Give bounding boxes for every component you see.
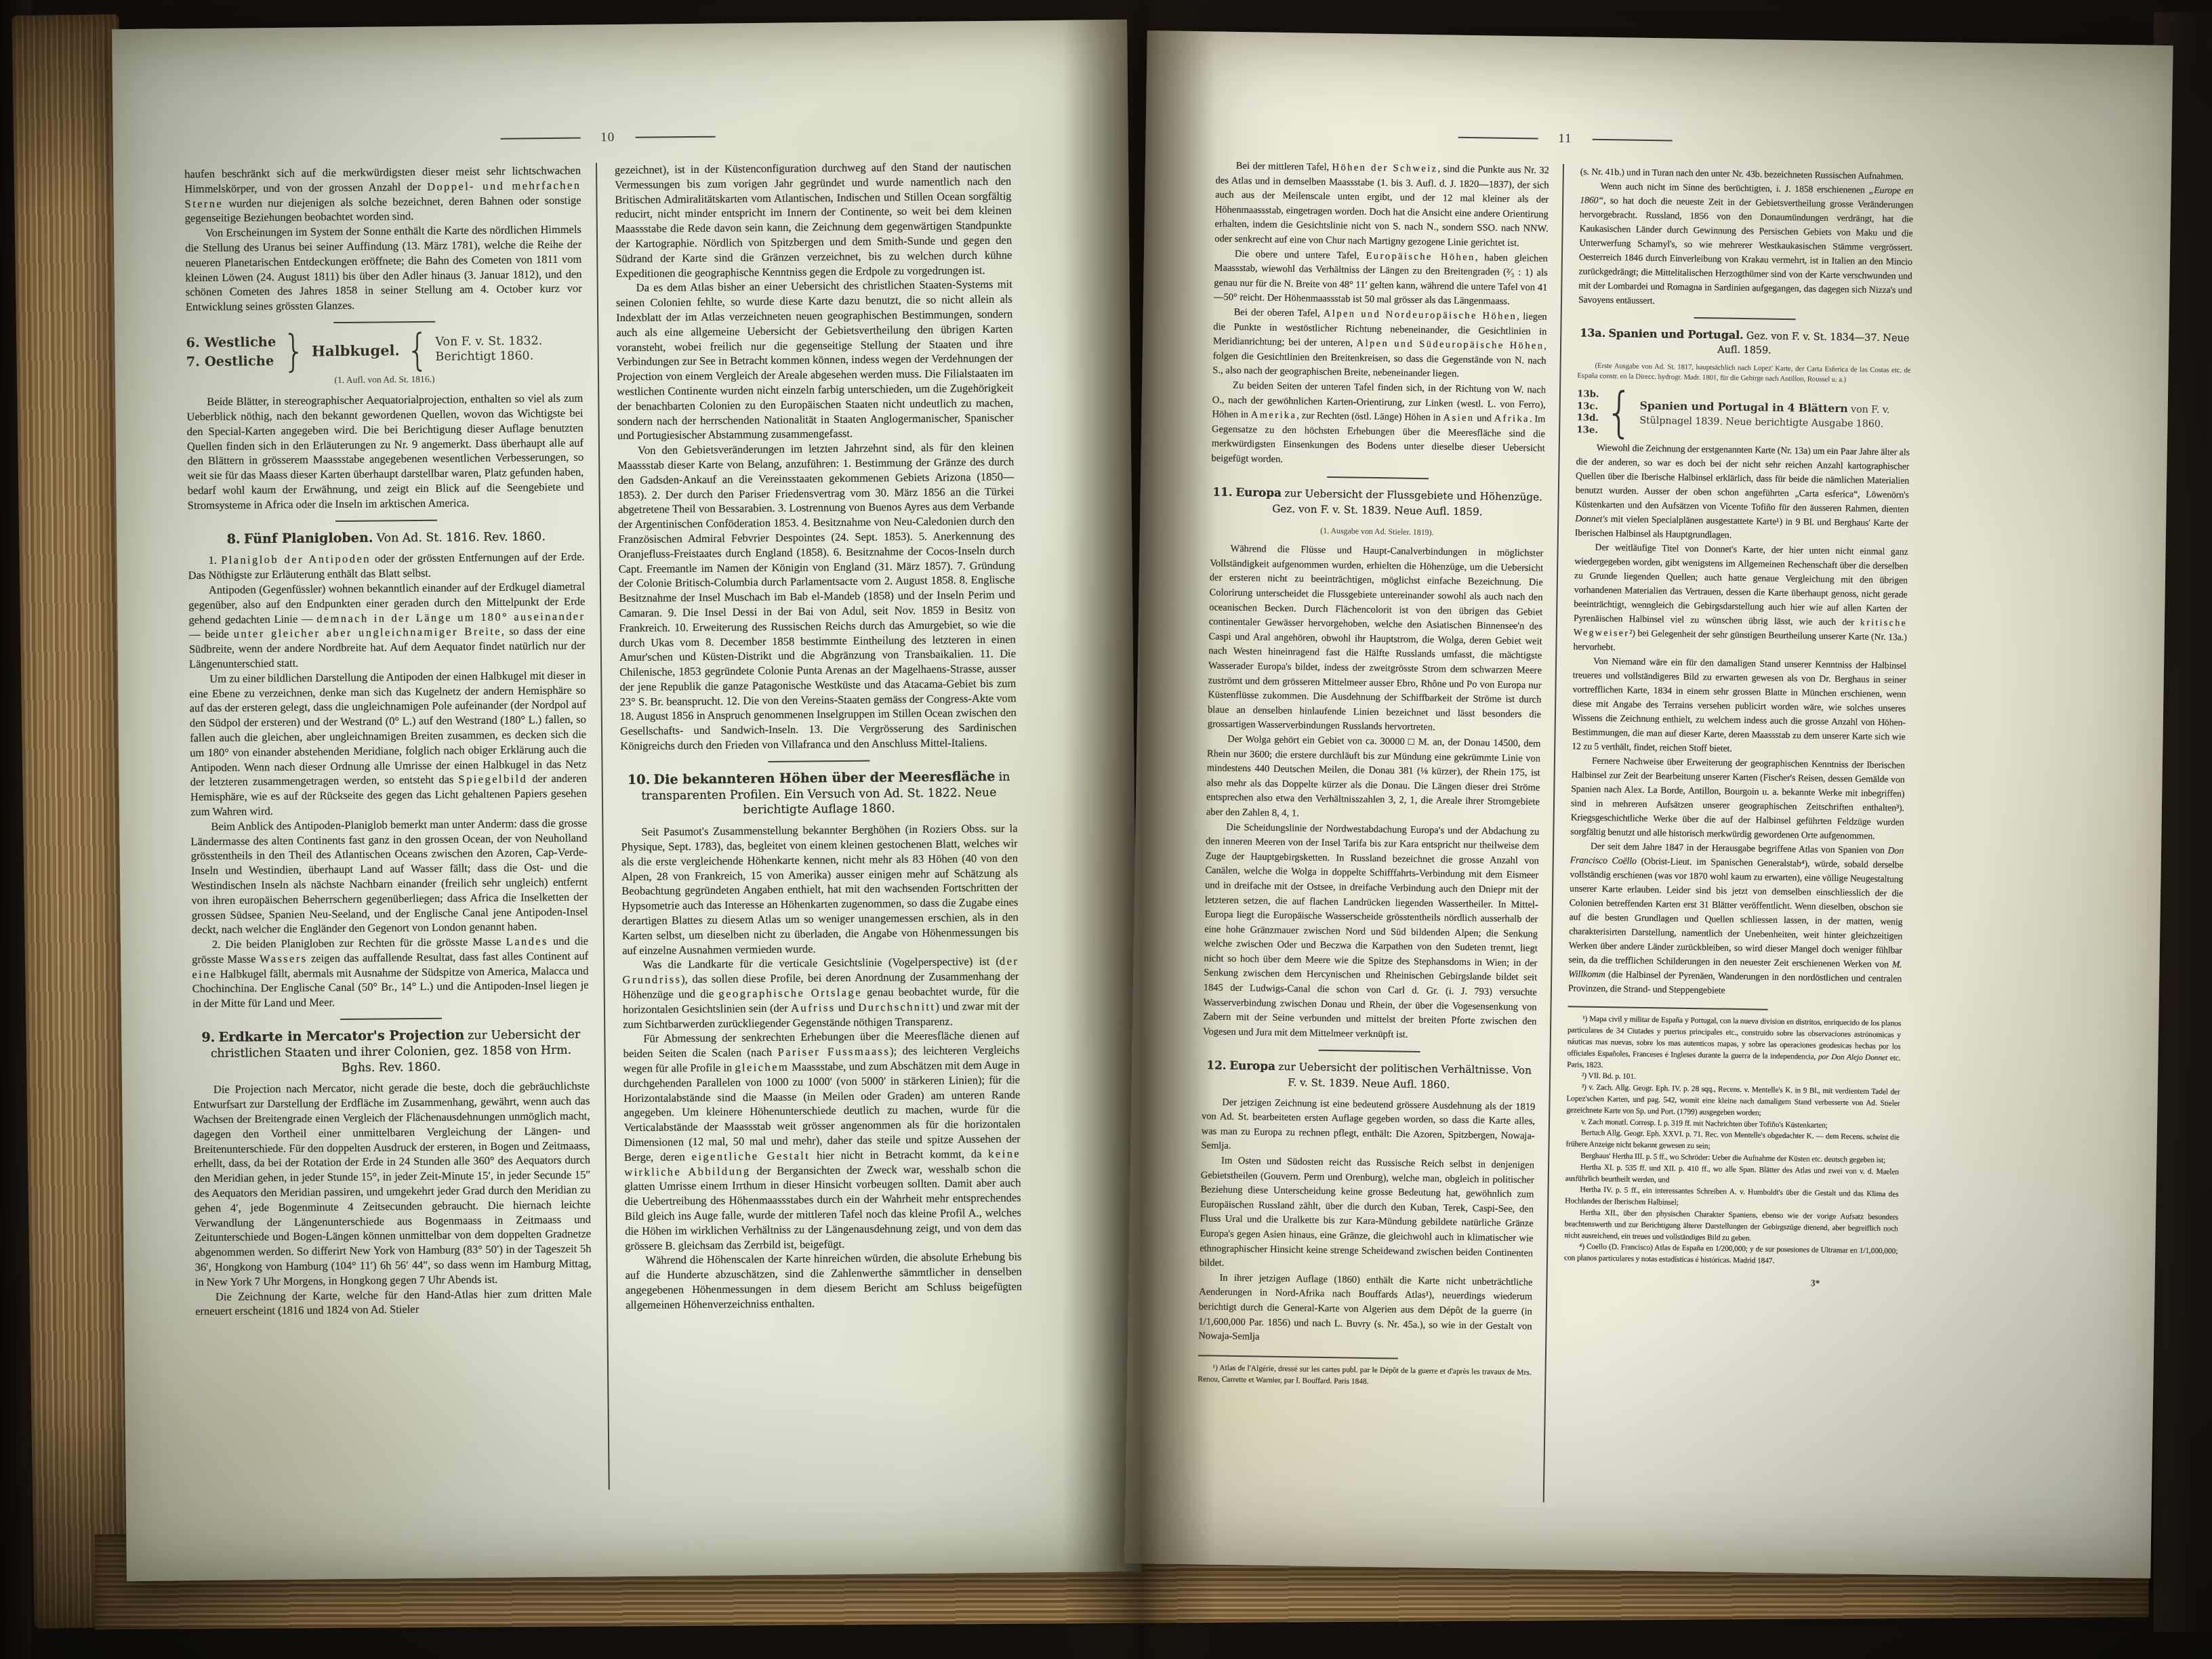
paragraph: Bei der oberen Tafel, Alpen und Nordeuro…	[1212, 305, 1547, 383]
page-number: 11	[1558, 131, 1572, 146]
entry-number: 13a.	[1580, 326, 1605, 340]
paragraph: Von Niemand wäre ein für den damaligen S…	[1572, 654, 1906, 758]
paragraph: Um zu einer bildlichen Darstellung die A…	[189, 668, 587, 819]
paragraph: 1. Planiglob der Antipoden oder der grös…	[188, 550, 584, 583]
paragraph: 2. Die beiden Planigloben zur Rechten fü…	[192, 934, 589, 1012]
entry-heading: 12. Europa zur Uebersicht der politische…	[1202, 1059, 1536, 1094]
paragraph: Während die Höhenscalen der Karte hinrei…	[625, 1250, 1022, 1313]
entry-subnote: (1. Aufl. von Ad. St. 1816.)	[186, 371, 583, 389]
entry-numbers: 6. Westliche7. Oestliche	[186, 333, 276, 372]
paragraph: Die Projection nach Mercator, nicht gera…	[193, 1079, 592, 1290]
header-dash	[1593, 139, 1673, 142]
entry-title: Erdkarte in Mercator's Projection	[219, 1027, 465, 1044]
footnote-rule	[1198, 1355, 1398, 1359]
paragraph: Von Erscheinungen im System der Sonne en…	[185, 222, 582, 314]
entry-imprint: zur Uebersicht der Flussgebiete und Höhe…	[1272, 487, 1542, 518]
left-page-header: 10	[184, 126, 1031, 149]
paragraph: Da es dem Atlas bisher an einer Uebersic…	[616, 277, 1014, 443]
left-page-column-1: haufen beschränkt sich auf die merkwürdi…	[184, 163, 610, 1494]
right-page: 11 Bei der mittleren Tafel, Höhen der Sc…	[1124, 30, 2173, 1578]
brace-glyph: }	[283, 330, 305, 373]
entry-imprint: Von Ad. St. 1816. Rev. 1860.	[377, 530, 546, 545]
brace-glyph: {	[407, 329, 429, 372]
paragraph: In ihrer jetzigen Auflage (1860) enthält…	[1198, 1271, 1533, 1349]
entry-number: 8.	[227, 531, 241, 546]
signature-mark: 3*	[1563, 1272, 1897, 1291]
entry-title: Europa	[1235, 485, 1282, 499]
header-dash	[635, 136, 715, 138]
right-page-columns: Bei der mittleren Tafel, Höhen der Schwe…	[1196, 159, 1914, 1507]
paragraph: Seit Pasumot's Zusammenstellung bekannte…	[621, 821, 1019, 958]
paragraph: Der weitläufige Titel von Donnet's Karte…	[1573, 540, 1908, 659]
entry-separator	[335, 519, 437, 521]
left-page-columns: haufen beschränkt sich auf die merkwürdi…	[184, 159, 1044, 1494]
footnote: ⁴) Coello (D. Francisco) Atlas de España…	[1564, 1242, 1898, 1269]
entry-imprint: Gez. von F. v. St. 1834—37. Neue Aufl. 1…	[1717, 331, 1909, 356]
paragraph: Für Abmessung der senkrechten Erhebungen…	[623, 1028, 1021, 1254]
book-photo: { "palette":{"backdrop":"#16120e","paper…	[0, 0, 2212, 1659]
entry-title: Europa	[1229, 1059, 1275, 1073]
right-page-column-1: Bei der mittleren Tafel, Höhen der Schwe…	[1196, 159, 1564, 1502]
header-dash	[1458, 137, 1538, 140]
paragraph: Im Osten und Südosten reicht das Russisc…	[1200, 1153, 1535, 1275]
entry-separator	[340, 1018, 442, 1020]
entry-separator	[1319, 1050, 1420, 1052]
footnote: Hertha XII., über den physischen Charakt…	[1564, 1207, 1898, 1246]
entry-number: 12.	[1206, 1059, 1227, 1072]
page-number: 10	[600, 130, 615, 145]
left-page-column-2: gezeichnet), ist in der Küstenconfigurat…	[597, 159, 1024, 1490]
entry-heading: 13a. Spanien und Portugal. Gez. von F. v…	[1578, 325, 1912, 360]
paragraph: Antipoden (Gegenfüssler) wohnen bekanntl…	[188, 579, 586, 672]
entry-number: 10.	[628, 772, 651, 787]
right-page-textblock: 11 Bei der mittleren Tafel, Höhen der Sc…	[1196, 126, 1914, 1507]
footnote-rule	[1568, 1006, 1768, 1010]
entry-separator	[333, 321, 435, 323]
paragraph: Bei der mittleren Tafel, Höhen der Schwe…	[1214, 159, 1549, 251]
paragraph: Während die Flüsse und Haupt-Canalverbin…	[1208, 542, 1544, 737]
entry-title: Fünf Planigloben.	[244, 529, 373, 546]
right-page-header: 11	[1216, 126, 1914, 151]
entry-heading-13b-e: 13b.13c.13d.13e.{Spanien und Portugal in…	[1576, 388, 1910, 441]
entry-separator	[1694, 317, 1796, 320]
entry-number: 9.	[201, 1029, 215, 1045]
paragraph: Die Zeichnung der Karte, welche für den …	[195, 1286, 592, 1319]
paragraph: gezeichnet), ist in der Küstenconfigurat…	[615, 159, 1012, 281]
entry-heading: 10. Die bekannteren Höhen über der Meere…	[621, 769, 1018, 819]
paragraph: Der Wolga gehört ein Gebiet von ca. 3000…	[1206, 732, 1541, 825]
entry-separator	[768, 760, 869, 762]
entry-heading: 8. Fünf Planigloben. Von Ad. St. 1816. R…	[188, 528, 584, 548]
footnote: ¹) Mapa civil y militar de España y Port…	[1567, 1014, 1901, 1076]
paragraph: Von den Gebietsveränderungen im letzten …	[617, 440, 1017, 754]
entry-separator	[1327, 476, 1429, 479]
entry-numbers: 13b.13c.13d.13e.	[1576, 388, 1599, 436]
paragraph: Wenn auch nicht im Sinne des berüchtigte…	[1578, 178, 1914, 311]
paragraph: Zu beiden Seiten der unteren Tafel finde…	[1211, 378, 1546, 471]
paragraph: Die Scheidungslinie der Nordwestabdachun…	[1203, 820, 1540, 1044]
entry-title: Die bekannteren Höhen über der Meeresflä…	[653, 769, 995, 787]
entry-title: Spanien und Portugal.	[1608, 327, 1743, 342]
entry-title: Halbkugel.	[312, 343, 400, 359]
paragraph: Wiewohl die Zeichnung der erstgenannten …	[1575, 441, 1910, 545]
paragraph: Der jetzigen Zeichnung ist eine bedeuten…	[1201, 1095, 1535, 1159]
paragraph: Fernere Nachweise über Erweiterung der g…	[1570, 754, 1905, 844]
left-page: 10 haufen beschränkt sich auf die merkwü…	[112, 20, 1142, 1581]
entry-heading: 9. Erdkarte in Mercator's Projection zur…	[192, 1027, 590, 1078]
entry-heading: 11. Europa zur Uebersicht der Flussgebie…	[1210, 485, 1544, 521]
header-dash	[500, 138, 580, 140]
brace-glyph: {	[1605, 386, 1633, 441]
paragraph: Die obere und untere Tafel, Europäische …	[1214, 247, 1548, 310]
paragraph: Beide Blätter, in stereographischer Aequ…	[186, 391, 584, 513]
entry-title-block: Spanien und Portugal in 4 Blättern von F…	[1639, 398, 1910, 432]
paragraph: Der seit dem Jahre 1847 in der Herausgab…	[1568, 839, 1904, 1000]
footnote: ¹) Atlas de l'Algérie, dressé sur les ca…	[1197, 1362, 1531, 1390]
entry-imprint: Von F. v. St. 1832. Berichtigt 1860.	[435, 334, 583, 365]
entry-imprint: zur Uebersicht der politischen Verhältni…	[1279, 1061, 1532, 1090]
paragraph: Was die Landkarte für die verticale Gesi…	[622, 954, 1019, 1032]
left-page-textblock: 10 haufen beschränkt sich auf die merkwü…	[184, 126, 1044, 1494]
paragraph: Beim Anblick des Antipoden-Planiglob bem…	[190, 815, 588, 937]
entry-heading-6-7: 6. Westliche7. Oestliche}Halbkugel.{Von …	[186, 330, 583, 372]
entry-number: 11.	[1212, 485, 1233, 499]
paragraph: haufen beschränkt sich auf die merkwürdi…	[184, 163, 581, 226]
entry-subnote: (1. Ausgabe von Ad. Stieler. 1819).	[1210, 522, 1544, 541]
right-page-column-2: (s. Nr. 41b.) und in Turan nach den unte…	[1544, 164, 1914, 1507]
footnote: ³) v. Zach. Allg. Geogr. Eph. IV. p. 28 …	[1566, 1082, 1900, 1121]
